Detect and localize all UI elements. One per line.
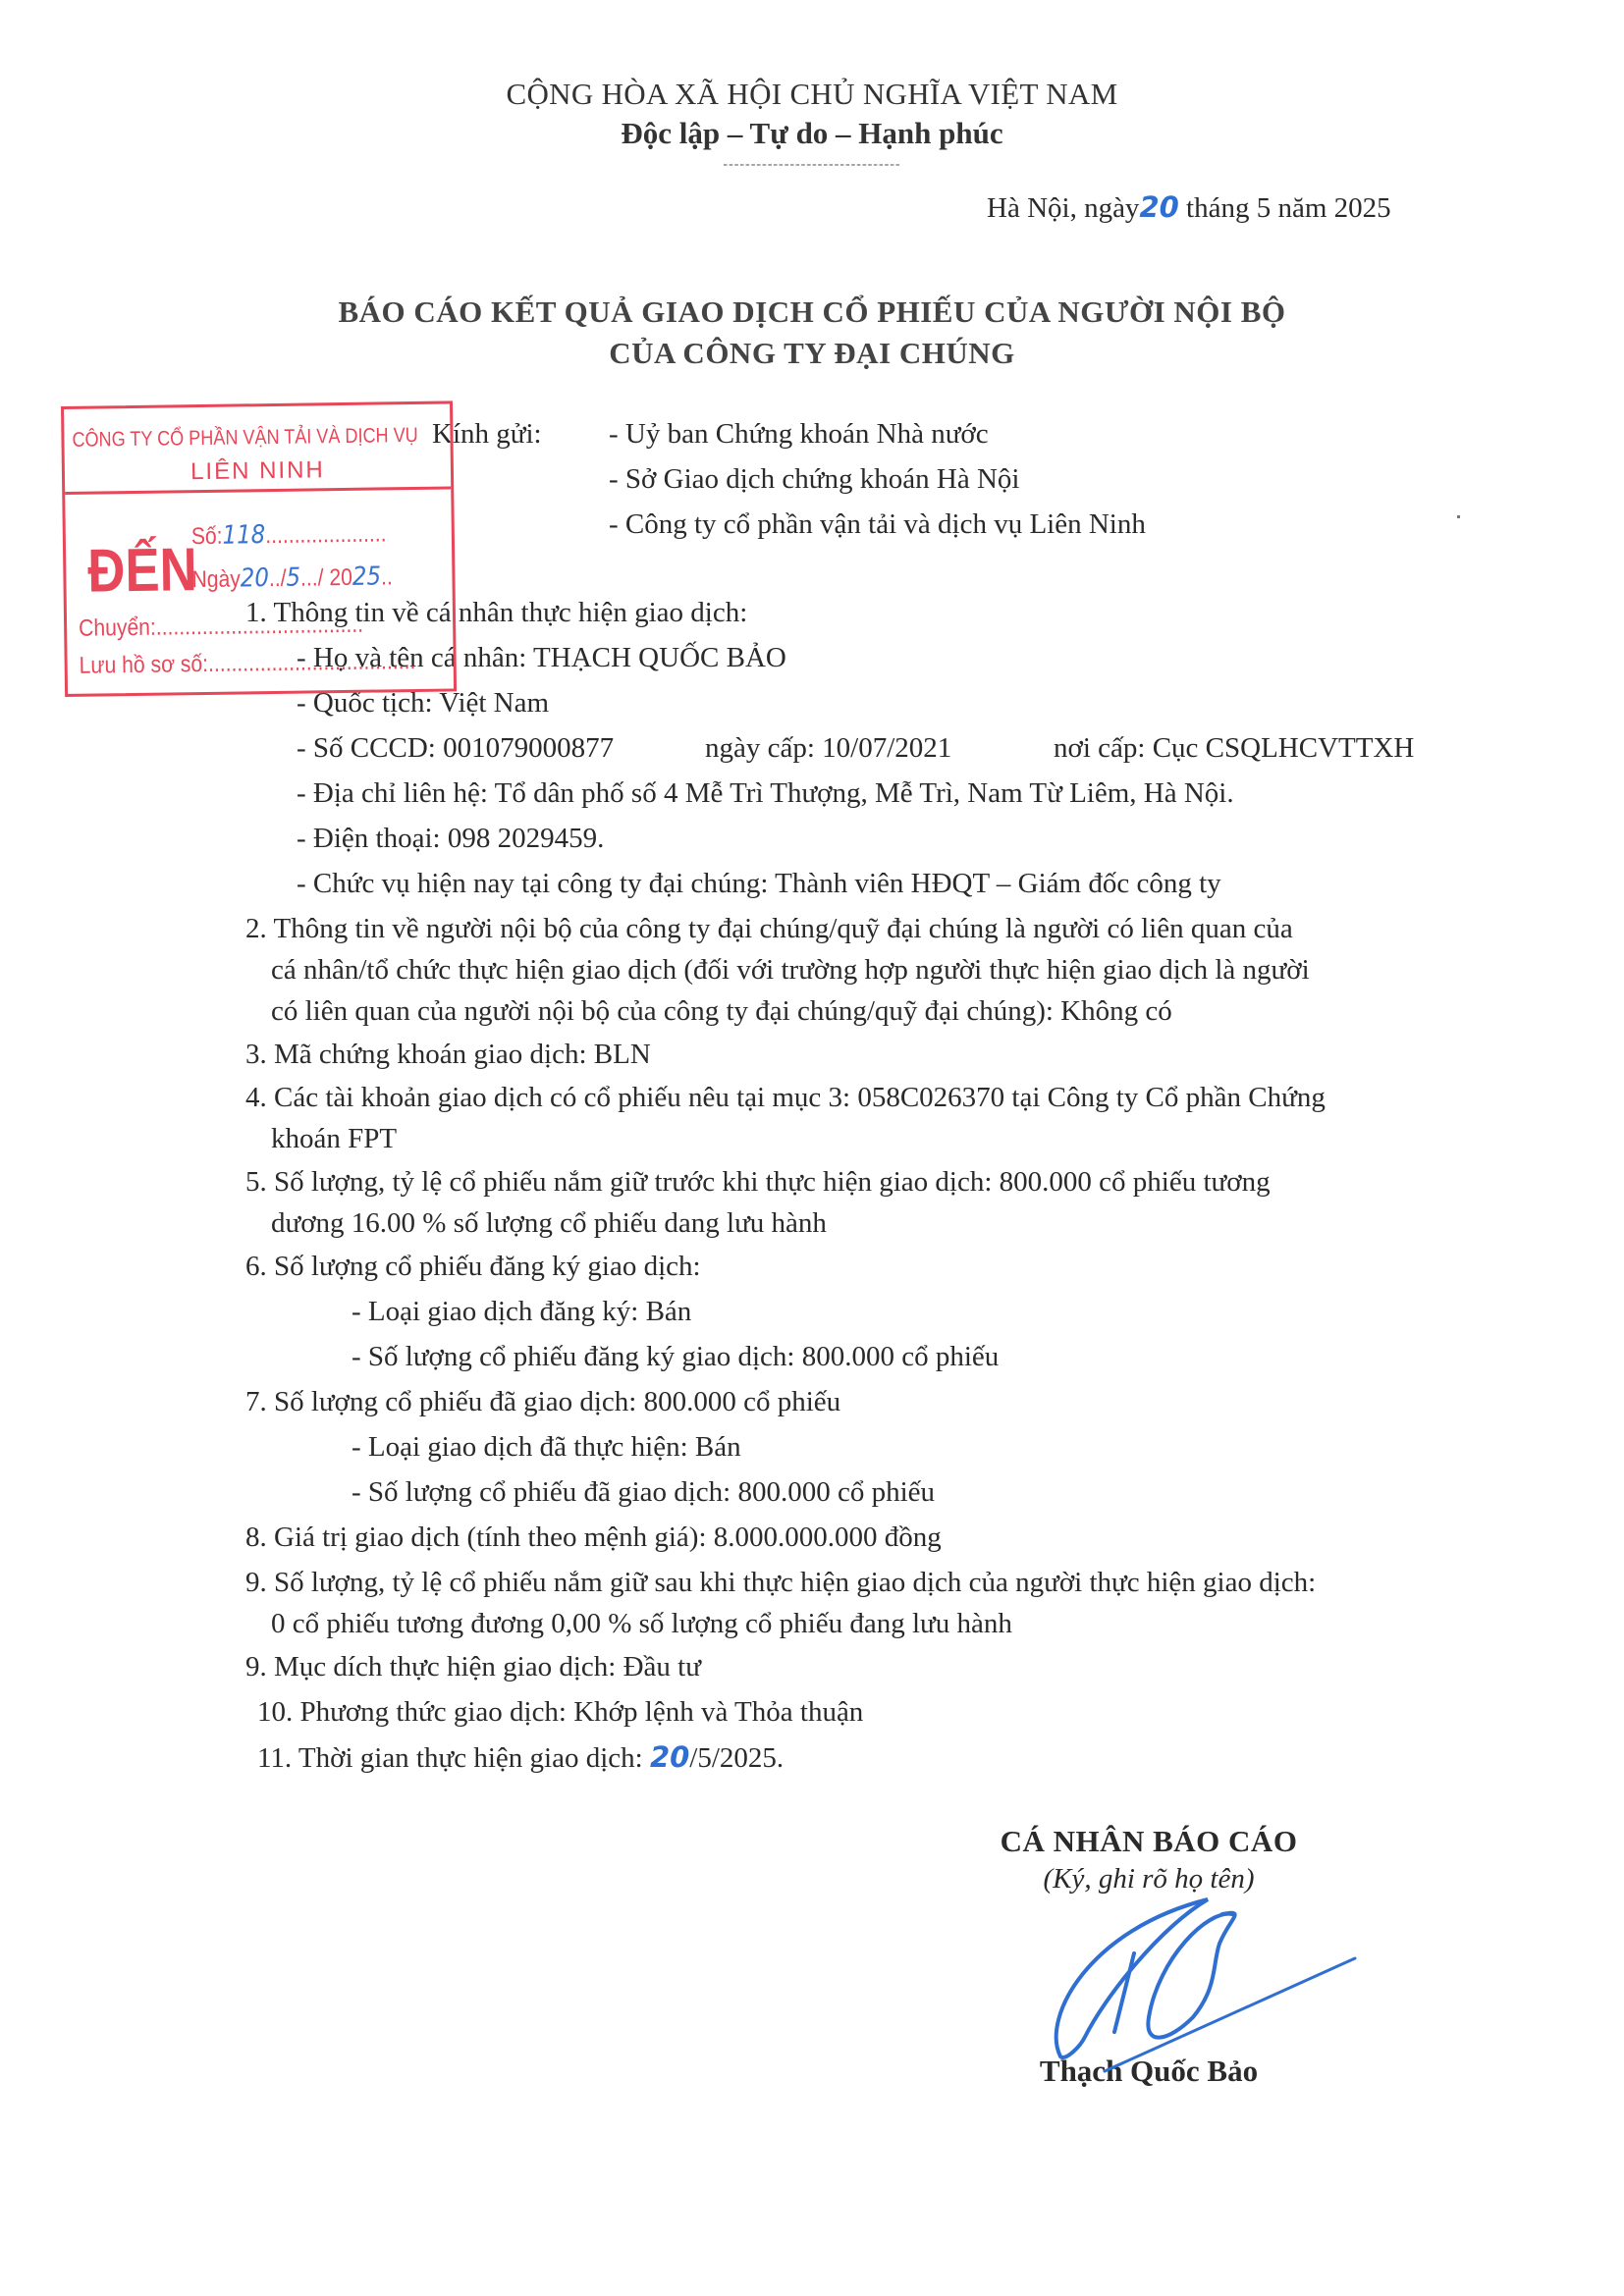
section-1-position: - Chức vụ hiện nay tại công ty đại chúng… bbox=[297, 870, 1221, 898]
section-7-type: - Loại giao dịch đã thực hiện: Bán bbox=[352, 1433, 741, 1462]
section-7-quantity: - Số lượng cổ phiếu đã giao dịch: 800.00… bbox=[352, 1478, 935, 1507]
section-5-line-2: dương 16.00 % số lượng cổ phiếu dang lưu… bbox=[271, 1209, 827, 1238]
scan-speck bbox=[1457, 515, 1460, 518]
signature-heading: CÁ NHÂN BÁO CÁO bbox=[982, 1824, 1316, 1859]
stamp-incoming-label: ĐẾN bbox=[87, 535, 197, 607]
section-2-line-2: cá nhân/tổ chức thực hiện giao dịch (đối… bbox=[271, 956, 1310, 985]
section-9a-line-1: 9. Số lượng, tỷ lệ cổ phiếu nắm giữ sau … bbox=[245, 1569, 1316, 1597]
section-7-heading: 7. Số lượng cổ phiếu đã giao dịch: 800.0… bbox=[245, 1388, 840, 1416]
section-1-issue-date: ngày cấp: 10/07/2021 bbox=[705, 734, 951, 763]
section-6-heading: 6. Số lượng cổ phiếu đăng ký giao dịch: bbox=[245, 1253, 701, 1281]
section-6-type: - Loại giao dịch đăng ký: Bán bbox=[352, 1298, 691, 1326]
section-9a-line-2: 0 cổ phiếu tương đương 0,00 % số lượng c… bbox=[271, 1610, 1012, 1638]
section-1-phone: - Điện thoại: 098 2029459. bbox=[297, 825, 604, 853]
section-3: 3. Mã chứng khoán giao dịch: BLN bbox=[245, 1041, 651, 1069]
handwritten-day: 20 bbox=[1139, 190, 1178, 224]
recipient-item: - Sở Giao dịch chứng khoán Hà Nội bbox=[609, 465, 1019, 494]
stamp-dots: .................................... bbox=[156, 612, 364, 641]
place-date-prefix: Hà Nội, ngày bbox=[987, 192, 1139, 224]
place-date-suffix: tháng 5 năm 2025 bbox=[1186, 192, 1391, 224]
handwritten-signature bbox=[1011, 1870, 1365, 2076]
stamp-dots: ..................... bbox=[265, 520, 387, 549]
section-1-nationality: - Quốc tịch: Việt Nam bbox=[297, 689, 549, 718]
national-title: CỘNG HÒA XÃ HỘI CHỦ NGHĨA VIỆT NAM bbox=[0, 77, 1624, 112]
stamp-divider bbox=[65, 486, 451, 494]
incoming-stamp: CÔNG TY CỔ PHẦN VẬN TẢI VÀ DỊCH VỤ LIÊN … bbox=[61, 400, 457, 697]
header-separator: -------------------------------- bbox=[0, 157, 1624, 173]
place-date: Hà Nội, ngày20 tháng 5 năm 2025 bbox=[987, 190, 1391, 225]
national-motto: Độc lập – Tự do – Hạnh phúc bbox=[0, 116, 1624, 151]
section-1-address: - Địa chỉ liên hệ: Tổ dân phố số 4 Mễ Tr… bbox=[297, 779, 1234, 808]
stamp-company-line-1: CÔNG TY CỔ PHẦN VẬN TẢI VÀ DỊCH VỤ bbox=[72, 424, 418, 453]
stamp-number-label: Số: bbox=[191, 523, 223, 550]
stamp-date-year-prefix: 20 bbox=[329, 564, 352, 591]
stamp-transfer-field: Chuyển:.................................… bbox=[79, 612, 363, 643]
section-11-prefix: 11. Thời gian thực hiện giao dịch: bbox=[257, 1742, 643, 1774]
stamp-company-line-2: LIÊN NINH bbox=[65, 454, 451, 487]
stamp-dots: .................................... bbox=[208, 648, 416, 677]
section-10: 10. Phương thức giao dịch: Khớp lệnh và … bbox=[257, 1698, 863, 1727]
stamp-date-field: Ngày20../5.../ 2025.. bbox=[191, 561, 393, 594]
section-2-line-3: có liên quan của người nội bộ của công t… bbox=[271, 997, 1172, 1026]
section-5-line-1: 5. Số lượng, tỷ lệ cổ phiếu nắm giữ trướ… bbox=[245, 1168, 1271, 1197]
stamp-archive-field: Lưu hồ sơ số:...........................… bbox=[80, 648, 416, 680]
section-4-line-2: khoán FPT bbox=[271, 1125, 397, 1153]
section-8: 8. Giá trị giao dịch (tính theo mệnh giá… bbox=[245, 1523, 942, 1552]
document-title-line-1: BÁO CÁO KẾT QUẢ GIAO DỊCH CỔ PHIẾU CỦA N… bbox=[0, 294, 1624, 330]
section-4-line-1: 4. Các tài khoản giao dịch có cổ phiếu n… bbox=[245, 1084, 1326, 1112]
stamp-archive-label: Lưu hồ sơ số: bbox=[80, 651, 209, 679]
stamp-date-month: 5 bbox=[286, 563, 300, 593]
recipient-item: - Uỷ ban Chứng khoán Nhà nước bbox=[609, 420, 989, 449]
stamp-number-field: Số:118..................... bbox=[191, 518, 387, 551]
handwritten-day: 20 bbox=[650, 1740, 689, 1774]
recipient-item: - Công ty cổ phần vận tải và dịch vụ Liê… bbox=[609, 510, 1146, 539]
section-11: 11. Thời gian thực hiện giao dịch: 20/5/… bbox=[257, 1743, 784, 1773]
section-6-quantity: - Số lượng cổ phiếu đăng ký giao dịch: 8… bbox=[352, 1343, 999, 1371]
stamp-date-label: Ngày bbox=[191, 565, 241, 593]
stamp-number-value: 118 bbox=[222, 520, 265, 551]
stamp-date-day: 20 bbox=[241, 563, 270, 593]
stamp-date-year-hand: 25 bbox=[352, 561, 382, 591]
section-1-id-number: - Số CCCD: 001079000877 bbox=[297, 734, 614, 763]
section-9b: 9. Mục dích thực hiện giao dịch: Đầu tư bbox=[245, 1653, 701, 1682]
section-11-suffix: /5/2025. bbox=[689, 1742, 784, 1774]
section-1-issue-place: nơi cấp: Cục CSQLHCVTTXH bbox=[1054, 734, 1414, 763]
stamp-transfer-label: Chuyển: bbox=[79, 614, 156, 642]
section-2-line-1: 2. Thông tin về người nội bộ của công ty… bbox=[245, 915, 1293, 943]
document-title-line-2: CỦA CÔNG TY ĐẠI CHÚNG bbox=[0, 336, 1624, 371]
